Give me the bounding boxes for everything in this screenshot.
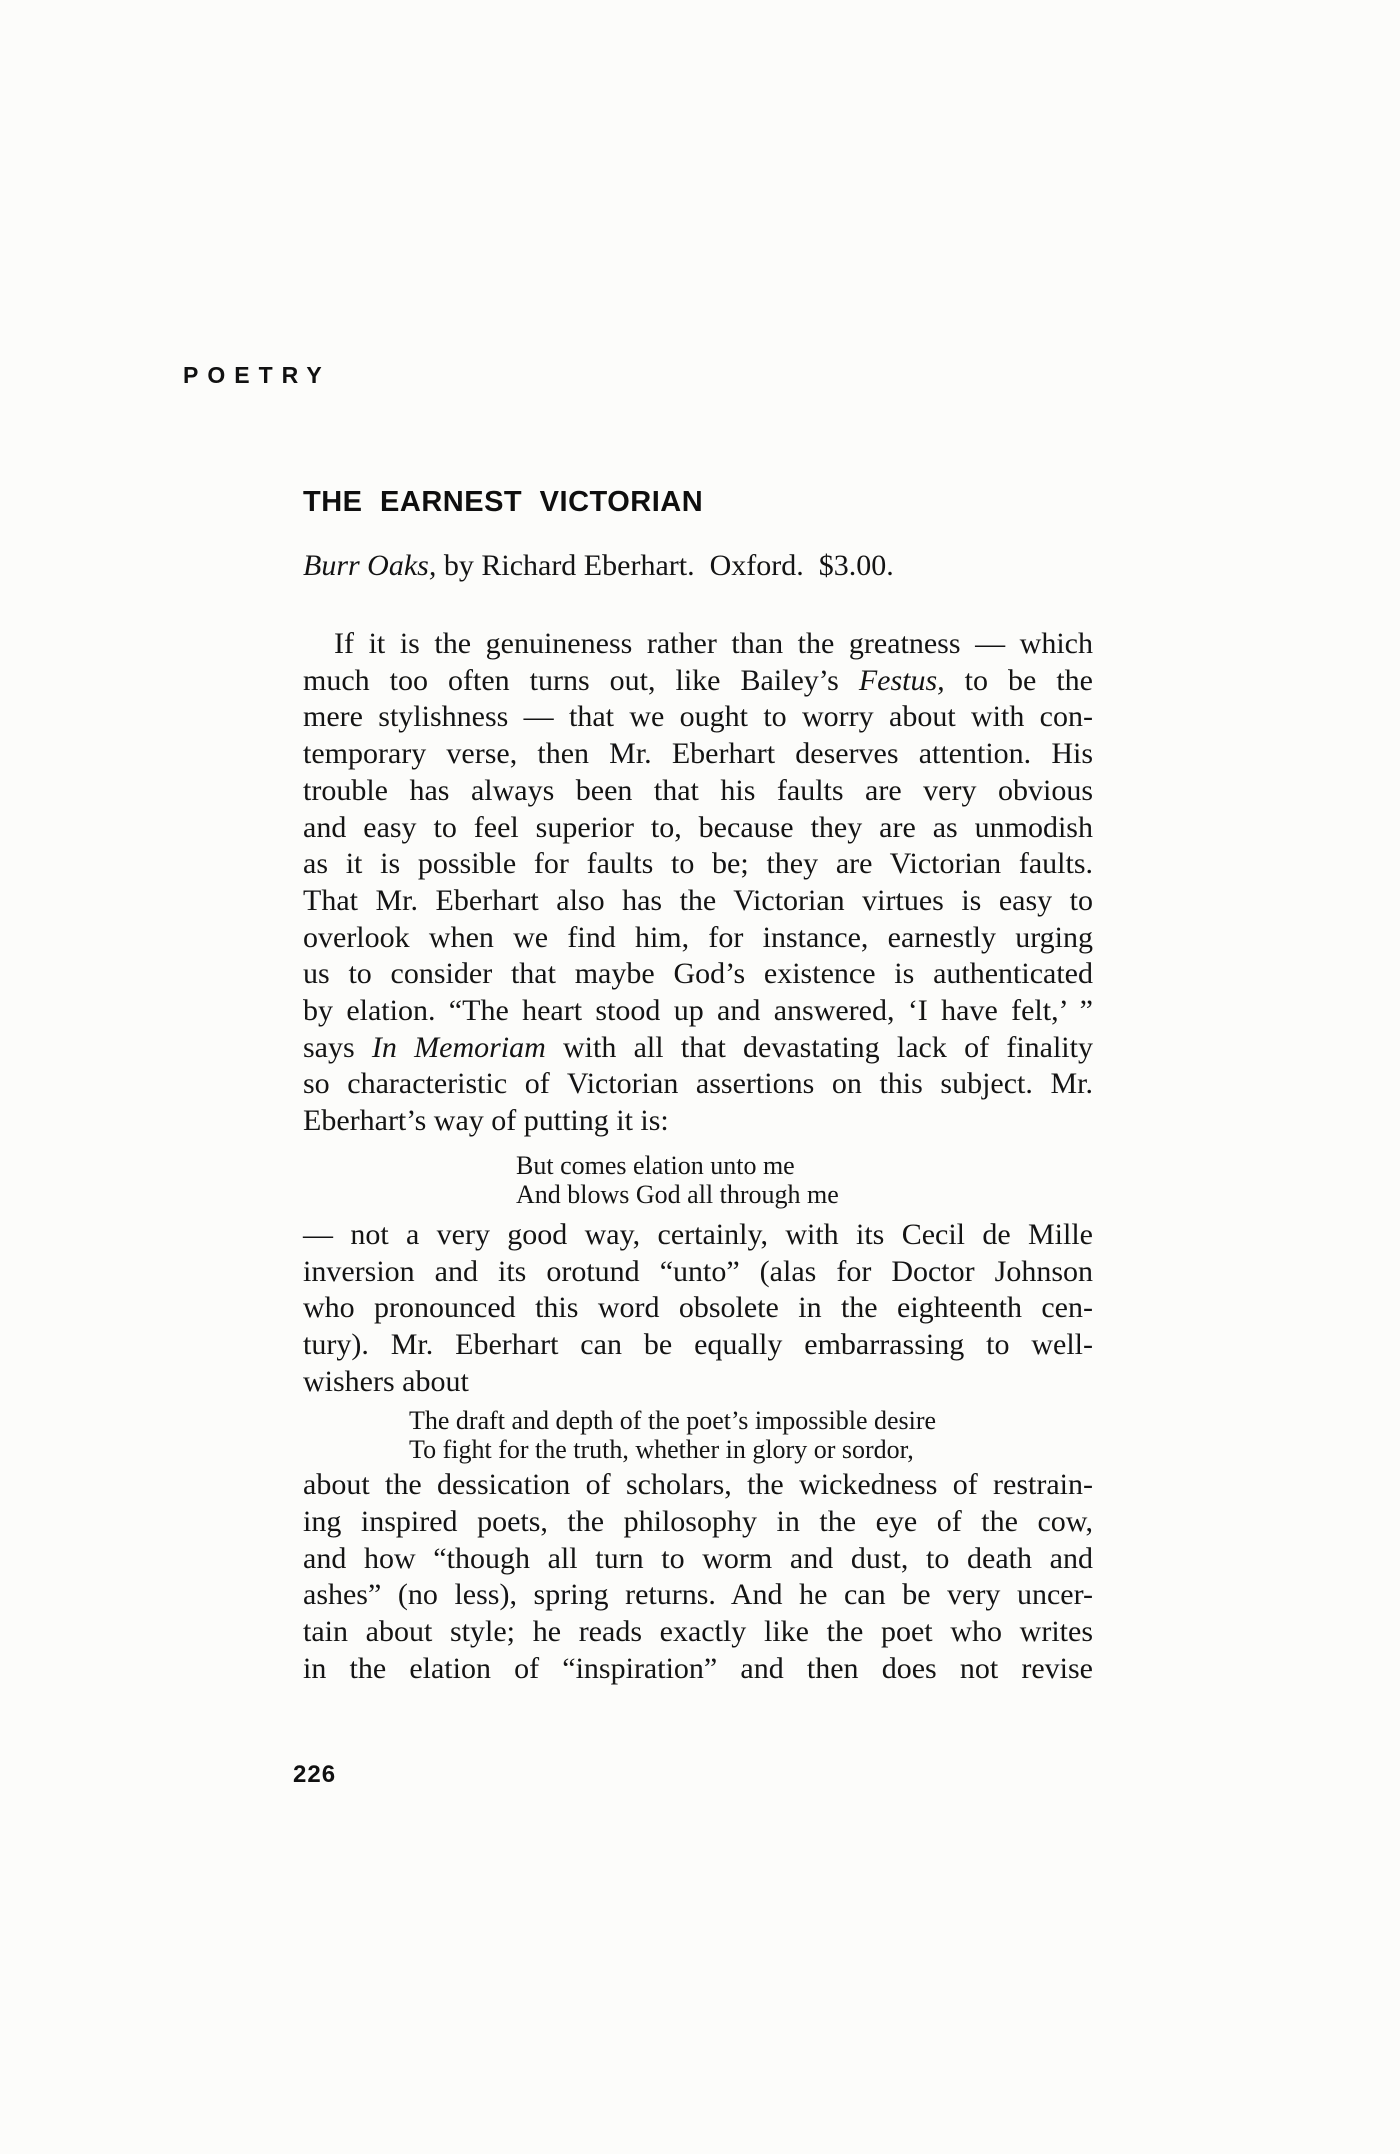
verse-line: The draft and depth of the poet’s imposs… [409,1406,1093,1435]
text-line: says In Memoriam with all that devastati… [303,1030,1093,1067]
text-run: Eberhart’s way of putting it is: [303,1104,669,1137]
text-line: ing inspired poets, the philosophy in th… [303,1504,1093,1541]
text-run: ing inspired poets, the philosophy in th… [303,1505,1093,1538]
text-run: by elation. “The heart stood up and answ… [303,994,1093,1027]
text-run: mere stylishness — that we ought to worr… [303,700,1093,733]
text-line: tury). Mr. Eberhart can be equally embar… [303,1327,1093,1364]
text-line: much too often turns out, like Bailey’s … [303,663,1093,700]
text-run: — not a very good way, certainly, with i… [303,1218,1093,1251]
italic-text: Festus, [859,664,945,697]
text-run: by Richard Eberhart. Oxford. $3.00. [436,549,893,582]
paragraph: If it is the genuineness rather than the… [303,626,1093,1140]
verse-quote: But comes elation unto meAnd blows God a… [516,1151,1093,1209]
paragraph: about the dessication of scholars, the w… [303,1467,1093,1687]
text-run: about the dessication of scholars, the w… [303,1468,1093,1501]
review-body: If it is the genuineness rather than the… [303,626,1093,1688]
text-run: much too often turns out, like Bailey’s [303,664,859,697]
text-run: overlook when we find him, for instance,… [303,921,1093,954]
text-run: says [303,1031,372,1064]
text-run: in the elation of “inspiration” and then… [303,1652,1093,1685]
text-line: tain about style; he reads exactly like … [303,1614,1093,1651]
text-run: to be the [945,664,1093,697]
text-line: by elation. “The heart stood up and answ… [303,993,1093,1030]
text-run: If it is the genuineness rather than the… [334,627,1093,660]
text-line: That Mr. Eberhart also has the Victorian… [303,883,1093,920]
page-number: 226 [293,1761,336,1789]
text-run: who pronounced this word obsolete in the… [303,1291,1093,1324]
text-line: Eberhart’s way of putting it is: [303,1103,1093,1140]
text-line: and how “though all turn to worm and dus… [303,1541,1093,1578]
text-line: — not a very good way, certainly, with i… [303,1217,1093,1254]
text-line: about the dessication of scholars, the w… [303,1467,1093,1504]
text-line: overlook when we find him, for instance,… [303,920,1093,957]
text-run: us to consider that maybe God’s existenc… [303,957,1093,990]
text-run: ashes” (no less), spring returns. And he… [303,1578,1093,1611]
text-run: and how “though all turn to worm and dus… [303,1542,1093,1575]
text-line: mere stylishness — that we ought to worr… [303,699,1093,736]
text-line: ashes” (no less), spring returns. And he… [303,1577,1093,1614]
text-run: That Mr. Eberhart also has the Victorian… [303,884,1093,917]
verse-line: But comes elation unto me [516,1151,1093,1180]
text-line: and easy to feel superior to, because th… [303,810,1093,847]
text-line: as it is possible for faults to be; they… [303,846,1093,883]
text-line: who pronounced this word obsolete in the… [303,1290,1093,1327]
text-line: temporary verse, then Mr. Eberhart deser… [303,736,1093,773]
review-title: THE EARNEST VICTORIAN [303,486,703,519]
text-line: inversion and its orotund “unto” (alas f… [303,1254,1093,1291]
text-run: tury). Mr. Eberhart can be equally embar… [303,1328,1093,1361]
paragraph: — not a very good way, certainly, with i… [303,1217,1093,1401]
text-line: wishers about [303,1364,1093,1401]
text-line: trouble has always been that his faults … [303,773,1093,810]
book-citation: Burr Oaks, by Richard Eberhart. Oxford. … [303,549,1093,583]
text-run: tain about style; he reads exactly like … [303,1615,1093,1648]
text-run: as it is possible for faults to be; they… [303,847,1093,880]
text-run: wishers about [303,1365,469,1398]
text-run: so characteristic of Victorian assertion… [303,1067,1093,1100]
verse-line: And blows God all through me [516,1180,1093,1209]
running-head: POETRY [183,362,331,389]
verse-line: To fight for the truth, whether in glory… [409,1435,1093,1464]
text-run: and easy to feel superior to, because th… [303,811,1093,844]
italic-text: In Memoriam [372,1031,546,1064]
text-line: us to consider that maybe God’s existenc… [303,956,1093,993]
verse-quote: The draft and depth of the poet’s imposs… [409,1406,1093,1464]
italic-text: Burr Oaks, [303,549,436,582]
text-line: If it is the genuineness rather than the… [303,626,1093,663]
text-run: trouble has always been that his faults … [303,774,1093,807]
scanned-page: POETRY THE EARNEST VICTORIAN Burr Oaks, … [0,0,1400,2154]
text-line: in the elation of “inspiration” and then… [303,1651,1093,1688]
text-line: so characteristic of Victorian assertion… [303,1066,1093,1103]
text-run: with all that devastating lack of finali… [546,1031,1093,1064]
text-run: temporary verse, then Mr. Eberhart deser… [303,737,1093,770]
text-run: inversion and its orotund “unto” (alas f… [303,1255,1093,1288]
